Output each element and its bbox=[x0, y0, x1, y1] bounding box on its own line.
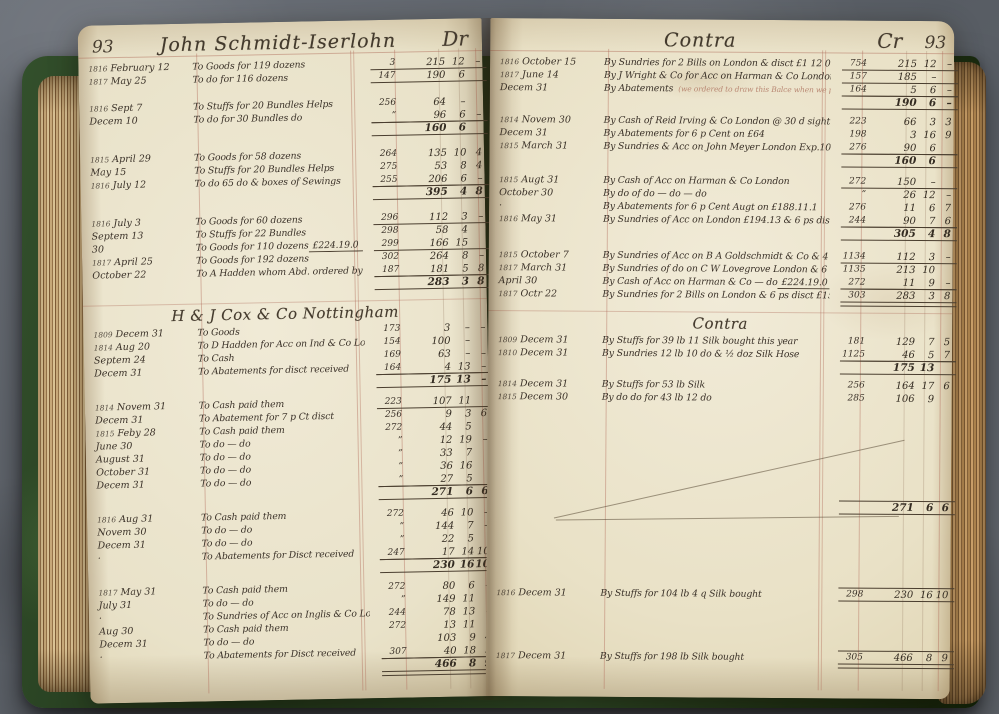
ledger-row: 1906– bbox=[490, 94, 954, 110]
entry-extra-amount: £224.19.0 bbox=[778, 276, 830, 289]
entry-day: Aug 20 bbox=[116, 340, 150, 354]
entry-date: 1809Decem 31 bbox=[488, 333, 602, 347]
amount-shillings: 3 bbox=[915, 290, 935, 303]
entry-year: 1816 bbox=[499, 212, 518, 225]
entry-description: By Stuffs for 104 lb 4 q Silk bought bbox=[600, 587, 827, 602]
amount-pounds: 215 bbox=[402, 56, 445, 70]
amount-pence: 7 bbox=[935, 202, 953, 215]
amount-shillings: 6 bbox=[916, 155, 936, 168]
ledger-row: 27166 bbox=[487, 499, 951, 515]
amount-shillings: 5 bbox=[452, 420, 472, 433]
entry-date bbox=[84, 379, 198, 394]
amount-pounds: 144 bbox=[411, 520, 454, 534]
entry-description: To do for 116 dozens bbox=[193, 70, 360, 86]
amount-pounds: 112 bbox=[873, 251, 916, 264]
amount-shillings: 4 bbox=[448, 185, 468, 198]
entry-day: Decem 31 bbox=[94, 367, 143, 381]
amount-shillings: 13 bbox=[915, 362, 935, 375]
entry-folio: 276 bbox=[830, 201, 873, 214]
amount-pence: – bbox=[936, 97, 954, 110]
entry-folio: 298 bbox=[362, 225, 405, 239]
amount-shillings: 15 bbox=[449, 236, 469, 249]
entry-day: February 12 bbox=[110, 61, 169, 75]
amount-pence bbox=[468, 223, 486, 236]
entry-amount: 46689 bbox=[870, 652, 950, 666]
entry-folio: 264 bbox=[361, 148, 404, 162]
entry-text: By do do for 43 lb 12 do bbox=[602, 391, 712, 405]
entry-folio: ” bbox=[370, 593, 413, 607]
amount-pounds: 175 bbox=[872, 362, 915, 375]
entry-year: 1814 bbox=[95, 401, 114, 414]
entry-day: Decem 31 bbox=[99, 638, 148, 652]
entry-text: To do for 116 dozens bbox=[193, 72, 289, 87]
amount-pounds: 230 bbox=[870, 589, 913, 602]
entry-year: 1815 bbox=[498, 390, 517, 403]
entry-day: · bbox=[100, 651, 103, 664]
entry-folio: ” bbox=[366, 435, 409, 449]
amount-shillings: 6 bbox=[914, 502, 934, 515]
amount-pence: 8 bbox=[469, 275, 487, 288]
amount-pounds: 13 bbox=[413, 619, 456, 633]
amount-pounds: 53 bbox=[404, 160, 447, 174]
entry-text: By Abatements bbox=[604, 82, 673, 95]
amount-pounds: 271 bbox=[871, 502, 914, 515]
entry-day: October 30 bbox=[499, 186, 553, 199]
entry-amount: 1069 bbox=[872, 393, 952, 407]
entry-day: October 15 bbox=[522, 55, 576, 68]
entry-year: 1816 bbox=[91, 217, 110, 230]
amount-pounds: 305 bbox=[873, 228, 916, 241]
amount-pounds: 3 bbox=[874, 129, 917, 142]
entry-folio: 256 bbox=[360, 97, 403, 111]
entry-year: 1814 bbox=[500, 113, 519, 126]
entry-description bbox=[204, 659, 371, 675]
entry-description bbox=[198, 375, 365, 391]
entry-date bbox=[90, 663, 204, 678]
entry-day: Decem 30 bbox=[520, 390, 568, 403]
amount-pence: 3 bbox=[936, 116, 954, 129]
entry-day: July 12 bbox=[113, 179, 147, 193]
amount-shillings: 10 bbox=[454, 506, 474, 519]
amount-pence bbox=[465, 68, 483, 81]
entry-text: By Abatements for 6 p Cent on £64 bbox=[604, 127, 765, 141]
entry-year: 1814 bbox=[498, 377, 517, 390]
entry-day: Sept 7 bbox=[111, 102, 142, 116]
amount-shillings: 8 bbox=[447, 159, 467, 172]
entry-day: Decem 31 bbox=[500, 126, 548, 139]
entry-day: Decem 31 bbox=[518, 649, 566, 662]
entry-day: Decem 31 bbox=[520, 377, 568, 390]
entry-year: 1816 bbox=[91, 179, 110, 192]
entry-description bbox=[604, 95, 831, 110]
entry-amount: 2612– bbox=[873, 189, 953, 203]
entry-day: October 22 bbox=[92, 269, 146, 283]
entry-note: (we ordered to draw this Balce when we p… bbox=[678, 82, 831, 96]
amount-shillings: 8 bbox=[913, 652, 933, 665]
amount-shillings: 10 bbox=[915, 264, 935, 277]
amount-pounds: 160 bbox=[403, 122, 446, 136]
entry-description bbox=[194, 123, 361, 139]
right-page-rows: 1816October 15By Sundries for 2 Bills on… bbox=[486, 51, 954, 665]
entry-amount: 21512– bbox=[874, 58, 954, 72]
entry-amount: 185– bbox=[874, 71, 954, 85]
entry-description bbox=[601, 500, 828, 515]
entry-date bbox=[488, 359, 602, 373]
entry-day: Novem 30 bbox=[522, 113, 571, 126]
amount-pence: 6 bbox=[934, 380, 952, 393]
amount-pence: – bbox=[471, 373, 489, 386]
entry-folio: 169 bbox=[365, 349, 408, 363]
entry-year: 1816 bbox=[496, 586, 515, 599]
entry-folio: 272 bbox=[368, 508, 411, 522]
entry-folio: 223 bbox=[831, 115, 874, 128]
amount-pence: 10 bbox=[933, 589, 951, 602]
entry-description bbox=[603, 153, 830, 168]
entry-amount: 12975 bbox=[872, 336, 952, 350]
amount-shillings: 4 bbox=[916, 228, 936, 241]
entry-text: To do — do bbox=[203, 597, 254, 611]
ledger-left-page: 93 John Schmidt-Iserlohn Dr 1816February… bbox=[78, 18, 495, 704]
amount-shillings: 17 bbox=[915, 380, 935, 393]
entry-amount: 2301610 bbox=[412, 558, 492, 573]
amount-pounds: 466 bbox=[414, 658, 457, 672]
entry-text: By Stuffs for 53 lb Silk bbox=[602, 378, 705, 392]
amount-shillings: 13 bbox=[456, 605, 476, 618]
entry-day: Decem 31 bbox=[97, 539, 146, 553]
entry-day: Octr 22 bbox=[520, 287, 557, 300]
entry-day: 30 bbox=[92, 243, 104, 256]
entry-day: April 29 bbox=[112, 152, 151, 166]
entry-day: October 31 bbox=[96, 466, 150, 480]
entry-date bbox=[81, 191, 195, 206]
amount-pence bbox=[936, 155, 954, 168]
entry-text: To Cash bbox=[198, 352, 235, 366]
amount-pounds: 185 bbox=[874, 71, 917, 84]
entry-amount: 3169 bbox=[874, 129, 954, 143]
entry-date: 1815Decem 30 bbox=[488, 390, 602, 404]
entry-amount: 27166 bbox=[410, 485, 490, 500]
entry-text: To do — do bbox=[200, 451, 251, 465]
entry-day: Septem 13 bbox=[92, 230, 144, 244]
amount-pence: – bbox=[936, 58, 954, 71]
photo-scene: 93 John Schmidt-Iserlohn Dr 1816February… bbox=[0, 0, 999, 714]
amount-shillings: 11 bbox=[456, 618, 476, 631]
entry-folio: 285 bbox=[829, 392, 872, 405]
entry-day: March 31 bbox=[521, 261, 568, 274]
amount-shillings: 16 bbox=[913, 589, 933, 602]
entry-day: Decem 31 bbox=[115, 327, 164, 341]
entry-year: 1816 bbox=[500, 55, 519, 68]
entry-day: April 25 bbox=[114, 255, 153, 269]
entry-day: April 30 bbox=[498, 274, 537, 287]
amount-shillings: 8 bbox=[449, 249, 469, 262]
amount-pounds: 190 bbox=[874, 97, 917, 110]
amount-shillings: – bbox=[450, 321, 470, 334]
entry-day: July 31 bbox=[99, 599, 133, 613]
entry-text: By do of do — do — do bbox=[603, 187, 707, 201]
amount-pounds: 215 bbox=[874, 58, 917, 71]
amount-pence: – bbox=[465, 55, 483, 68]
amount-pence: – bbox=[470, 321, 488, 334]
entry-year: 1814 bbox=[94, 341, 113, 354]
entry-year: 1817 bbox=[98, 586, 117, 599]
entry-text: To do — do bbox=[200, 477, 251, 491]
amount-shillings: 13 bbox=[451, 373, 471, 386]
entry-amount: 6633 bbox=[874, 116, 954, 130]
amount-pounds: 466 bbox=[870, 652, 913, 665]
entry-year: 1816 bbox=[97, 513, 116, 526]
amount-pence: – bbox=[468, 249, 486, 262]
entry-amount: 1167 bbox=[873, 202, 953, 216]
amount-shillings: 12 bbox=[445, 55, 465, 68]
entry-amount: 28338 bbox=[872, 290, 952, 304]
amount-pence bbox=[934, 362, 952, 375]
entry-text: By Stuffs for 39 lb 11 Silk bought this … bbox=[602, 334, 797, 348]
entry-date: Decem 31 bbox=[490, 81, 604, 95]
amount-shillings: 7 bbox=[454, 519, 474, 532]
entry-folio: 272 bbox=[370, 619, 413, 633]
entry-folio: 244 bbox=[370, 606, 413, 620]
entry-text: To do — do bbox=[200, 438, 251, 452]
entry-date: 1816October 15 bbox=[490, 55, 604, 69]
amount-pounds: 46 bbox=[411, 507, 454, 521]
entry-folio: 256 bbox=[829, 379, 872, 392]
entry-day: May 31 bbox=[120, 585, 156, 599]
amount-pounds: 78 bbox=[413, 606, 456, 620]
amount-shillings: 3 bbox=[452, 407, 472, 420]
amount-pounds: 164 bbox=[872, 380, 915, 393]
entry-description bbox=[195, 187, 362, 203]
amount-pounds: 26 bbox=[873, 189, 916, 202]
entry-date: 1816May 31 bbox=[489, 212, 603, 226]
entry-folio: 272 bbox=[366, 422, 409, 436]
amount-pounds: 112 bbox=[405, 211, 448, 225]
ledger-row: 17513 bbox=[488, 359, 952, 375]
amount-pounds: 44 bbox=[409, 421, 452, 435]
amount-pence: – bbox=[470, 347, 488, 360]
entry-amount: 17513– bbox=[408, 373, 488, 388]
entry-folio: 256 bbox=[366, 409, 409, 423]
entry-day: July 3 bbox=[113, 217, 141, 231]
entry-day: Decem 31 bbox=[95, 414, 144, 428]
entry-extra-amount: £224.19.0 bbox=[308, 238, 363, 252]
entry-day: Decem 31 bbox=[520, 333, 568, 346]
entry-day: Decem 31 bbox=[96, 479, 145, 493]
entry-date: October 30 bbox=[489, 186, 603, 200]
amount-pounds: 22 bbox=[411, 533, 454, 547]
entry-text: To do — do bbox=[201, 524, 252, 538]
entry-year: 1815 bbox=[499, 248, 518, 261]
amount-pence: 8 bbox=[467, 185, 485, 198]
ledger-row: 1815Decem 30By do do for 43 lb 12 do2851… bbox=[488, 390, 952, 406]
entry-folio: 302 bbox=[363, 251, 406, 265]
ledger-row: 30548 bbox=[489, 225, 953, 241]
amount-shillings: 3 bbox=[916, 251, 936, 264]
entry-day: · bbox=[99, 612, 102, 625]
entry-folio: 173 bbox=[364, 323, 407, 337]
contra-title: Contra bbox=[544, 28, 856, 52]
amount-pounds: 9 bbox=[409, 408, 452, 422]
entry-description: By Sundries for 2 Bills on London & 6 ps… bbox=[602, 288, 829, 303]
amount-pounds: 230 bbox=[412, 559, 455, 573]
amount-shillings: 9 bbox=[456, 631, 476, 644]
entry-day: · bbox=[499, 199, 502, 212]
page-number-left: 93 bbox=[92, 37, 144, 58]
entry-amount: 1606 bbox=[403, 121, 483, 136]
amount-shillings: 3 bbox=[449, 275, 469, 288]
amount-pounds: 395 bbox=[405, 186, 448, 200]
amount-pounds: 106 bbox=[872, 393, 915, 406]
amount-pounds: 11 bbox=[873, 202, 916, 215]
amount-pence: 9 bbox=[932, 652, 950, 665]
entry-description: By Stuffs for 198 lb Silk bought bbox=[600, 650, 827, 665]
amount-shillings: 9 bbox=[915, 393, 935, 406]
page-number-right: 93 bbox=[908, 33, 946, 53]
amount-shillings: 3 bbox=[917, 116, 937, 129]
entry-folio: ” bbox=[830, 188, 873, 201]
amount-pounds: 175 bbox=[408, 374, 451, 388]
amount-shillings: 7 bbox=[915, 336, 935, 349]
amount-shillings: 12 bbox=[916, 189, 936, 202]
entry-day: October 7 bbox=[521, 248, 569, 261]
entry-description bbox=[201, 487, 368, 503]
entry-amount: 21310 bbox=[873, 264, 953, 278]
ledger-row: 1817Octr 22By Sundries for 2 Bills on Lo… bbox=[488, 287, 952, 303]
amount-pence: 6 bbox=[471, 407, 489, 420]
amount-pence: 9 bbox=[936, 129, 954, 142]
amount-shillings: 8 bbox=[457, 657, 477, 670]
entry-description: By do do for 43 lb 12 do bbox=[602, 391, 829, 406]
entry-date bbox=[87, 491, 201, 506]
amount-pence bbox=[934, 393, 952, 406]
entry-amount: 30548 bbox=[873, 228, 953, 242]
amount-pence: – bbox=[935, 251, 953, 264]
amount-pounds: 271 bbox=[410, 486, 453, 500]
entry-amount: 39548 bbox=[405, 185, 485, 200]
entry-date: 1810Decem 31 bbox=[488, 346, 602, 360]
entry-amount: 2301610 bbox=[870, 589, 950, 603]
right-page-header: Contra Cr 93 bbox=[490, 18, 954, 54]
amount-pence bbox=[465, 95, 483, 108]
entry-folio: ” bbox=[367, 448, 410, 462]
entry-year: 1815 bbox=[90, 153, 109, 166]
entry-folio: ” bbox=[368, 534, 411, 548]
amount-pounds: 150 bbox=[873, 176, 916, 189]
entry-day: May 15 bbox=[90, 166, 126, 180]
entry-day: Decem 31 bbox=[518, 586, 566, 599]
amount-shillings: 11 bbox=[452, 394, 472, 407]
left-page-rows: 1816February 12To Goods for 119 dozens32… bbox=[78, 51, 494, 678]
amount-pounds: 64 bbox=[403, 96, 446, 110]
entry-day: · bbox=[98, 552, 101, 565]
entry-text: By Cash of Acc on Harman & Co — do bbox=[602, 275, 777, 289]
entry-description bbox=[196, 277, 363, 293]
entry-text: To do — do bbox=[201, 537, 252, 551]
entry-year: 1809 bbox=[498, 333, 517, 346]
entry-text: To do — do bbox=[200, 464, 251, 478]
account-heading: Contra bbox=[488, 310, 952, 336]
entry-description bbox=[603, 226, 830, 241]
entry-amount: 150– bbox=[873, 176, 953, 190]
entry-day: Decem 31 bbox=[500, 81, 548, 94]
amount-pounds: 3 bbox=[407, 322, 450, 336]
entry-amount: 17513 bbox=[872, 362, 952, 376]
amount-pounds: 63 bbox=[408, 348, 451, 362]
amount-pence: 4 bbox=[466, 146, 484, 159]
entry-date bbox=[489, 225, 603, 239]
entry-amount: 164176 bbox=[872, 380, 952, 394]
amount-shillings: 11 bbox=[455, 592, 475, 605]
entry-amount: 28338 bbox=[406, 275, 486, 290]
amount-shillings: – bbox=[451, 347, 471, 360]
entry-day: Novem 30 bbox=[97, 526, 146, 540]
amount-pounds: 103 bbox=[413, 632, 456, 646]
entry-amount: 1906 bbox=[402, 68, 482, 83]
entry-year: 1815 bbox=[499, 173, 518, 186]
entry-year: 1817 bbox=[499, 261, 518, 274]
entry-year: 1817 bbox=[89, 75, 108, 88]
amount-pounds: 166 bbox=[406, 237, 449, 251]
entry-date bbox=[490, 94, 604, 108]
entry-day: Decem 31 bbox=[520, 346, 568, 359]
entry-amount: 27166 bbox=[871, 502, 951, 516]
entry-folio: ” bbox=[368, 521, 411, 535]
amount-shillings: – bbox=[446, 95, 466, 108]
entry-text: By Sundries for 2 Bills on London & 6 ps… bbox=[602, 288, 829, 303]
entry-text: To do — do bbox=[203, 636, 254, 650]
entry-date: 1817Decem 31 bbox=[486, 649, 600, 663]
amount-pence bbox=[935, 264, 953, 277]
entry-text: To Goods bbox=[197, 326, 239, 340]
entry-year: 1809 bbox=[93, 328, 112, 341]
amount-shillings: – bbox=[917, 71, 937, 84]
entry-day: March 31 bbox=[522, 139, 569, 152]
entry-date: 1815October 7 bbox=[489, 248, 603, 262]
entry-folio: 1135 bbox=[830, 263, 873, 276]
entry-year: 1817 bbox=[92, 256, 111, 269]
ledger-row: 1817Decem 31By Stuffs for 198 lb Silk bo… bbox=[486, 649, 950, 665]
amount-pence: 5 bbox=[934, 336, 952, 349]
entry-day: June 14 bbox=[522, 68, 559, 81]
amount-shillings: 16 bbox=[916, 129, 936, 142]
amount-shillings: 3 bbox=[448, 210, 468, 223]
entry-day: Novem 31 bbox=[117, 400, 166, 414]
entry-date bbox=[88, 564, 202, 579]
entry-description bbox=[602, 360, 829, 375]
amount-pounds: 107 bbox=[409, 395, 452, 409]
amount-shillings: 6 bbox=[445, 68, 465, 81]
entry-day: Augt 31 bbox=[521, 173, 559, 186]
amount-pence: 6 bbox=[933, 502, 951, 515]
entry-folio: 272 bbox=[369, 580, 412, 594]
amount-shillings: 7 bbox=[453, 446, 473, 459]
amount-shillings: 6 bbox=[916, 202, 936, 215]
entry-year: 1817 bbox=[496, 649, 515, 662]
amount-pounds: 190 bbox=[402, 69, 445, 83]
entry-folio: 275 bbox=[361, 161, 404, 175]
amount-shillings: 6 bbox=[455, 579, 475, 592]
amount-pence: – bbox=[468, 210, 486, 223]
entry-folio: 181 bbox=[829, 335, 872, 348]
entry-date: 1814Decem 31 bbox=[488, 377, 602, 391]
amount-shillings: 6 bbox=[453, 485, 473, 498]
entry-amount: 1123– bbox=[873, 251, 953, 265]
entry-day: May 25 bbox=[111, 75, 147, 89]
amount-shillings: 16 bbox=[455, 558, 475, 571]
entry-folio: 198 bbox=[831, 128, 874, 141]
entry-date: 1817June 14 bbox=[490, 68, 604, 82]
amount-pounds: 36 bbox=[410, 460, 453, 474]
